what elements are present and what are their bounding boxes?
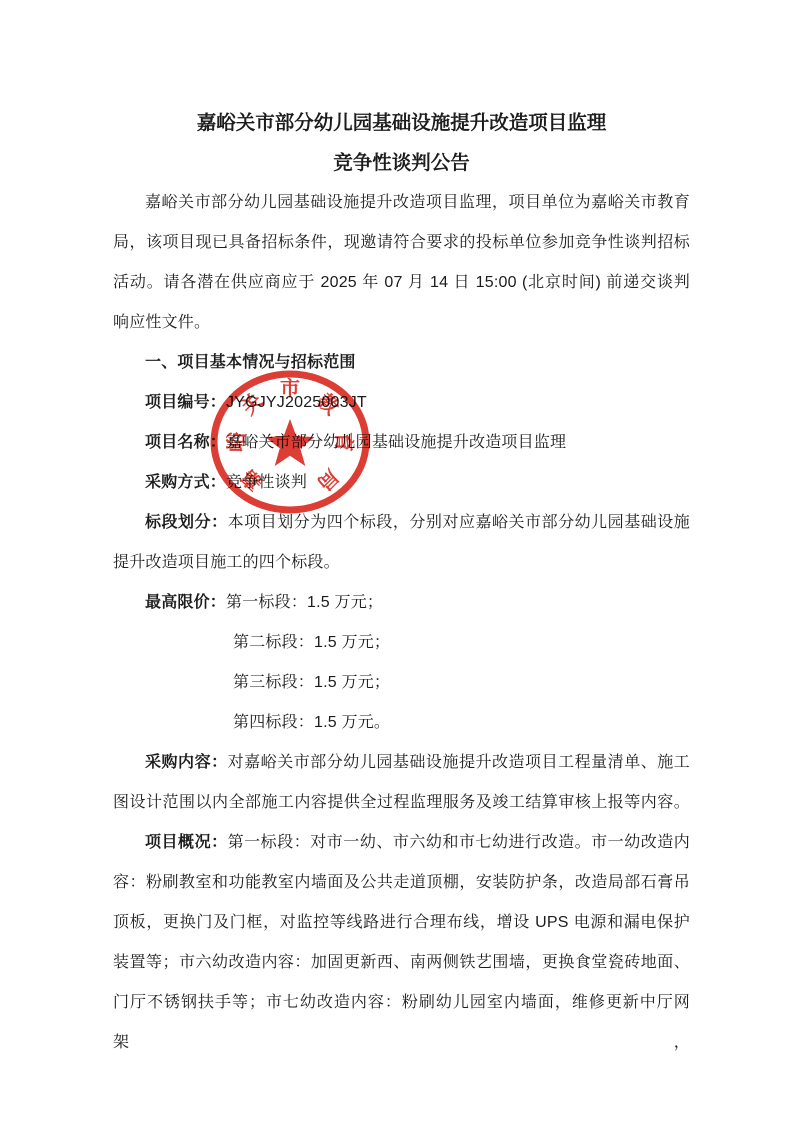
text-line: 嘉峪关市部分幼儿园基础设施提升改造项目监理，项目单位为嘉峪关市教育 (113, 183, 690, 223)
field-text: 装置等；市六幼改造内容：加固更新西、南两侧铁艺围墙，更换食堂瓷砖地面、 (113, 954, 690, 971)
text-line: 最高限价：第一标段：1.5 万元； (113, 583, 690, 623)
text-line: 项目编号：JYGJYJ2025003JT (113, 383, 690, 423)
field-label: 采购方式： (145, 474, 226, 491)
field-text: 嘉峪关市部分幼儿园基础设施提升改造项目监理，项目单位为嘉峪关市教育 (145, 194, 690, 211)
field-text: 图设计范围以内全部施工内容提供全过程监理服务及竣工结算审核上报等内容。 (113, 794, 690, 811)
text-line: 响应性文件。 (113, 303, 690, 343)
text-line: 提升改造项目施工的四个标段。 (113, 543, 690, 583)
field-label: 项目概况： (145, 834, 228, 851)
field-text: 活动。请各潜在供应商应于 2025 年 07 月 14 日 15:00 (北京时… (113, 274, 690, 291)
field-text: 门厅不锈钢扶手等；市七幼改造内容：粉刷幼儿园室内墙面，维修更新中厅网架， (113, 994, 690, 1051)
text-line: 标段划分：本项目划分为四个标段，分别对应嘉峪关市部分幼儿园基础设施 (113, 503, 690, 543)
text-line: 局，该项目现已具备招标条件，现邀请符合要求的投标单位参加竞争性谈判招标 (113, 223, 690, 263)
text-line: 门厅不锈钢扶手等；市七幼改造内容：粉刷幼儿园室内墙面，维修更新中厅网架， (113, 983, 690, 1023)
field-text: 顶板，更换门及门框，对监控等线路进行合理布线，增设 UPS 电源和漏电保护 (113, 914, 690, 931)
field-text: 提升改造项目施工的四个标段。 (113, 554, 340, 571)
field-text: 第一标段：1.5 万元； (226, 594, 383, 611)
text-line: 活动。请各潜在供应商应于 2025 年 07 月 14 日 15:00 (北京时… (113, 263, 690, 303)
field-text: 竞争性谈判 (226, 474, 307, 491)
document-page: 嘉峪关市部分幼儿园基础设施提升改造项目监理 竞争性谈判公告 嘉峪关市部分幼儿园基… (0, 0, 800, 1131)
field-label: 项目编号： (145, 394, 226, 411)
text-line: 采购方式：竞争性谈判 (113, 463, 690, 503)
field-text: 第一标段：对市一幼、市六幼和市七幼进行改造。市一幼改造内 (228, 834, 690, 851)
text-line: 第二标段：1.5 万元； (113, 623, 690, 663)
text-line: 容：粉刷教室和功能教室内墙面及公共走道顶棚，安装防护条，改造局部石膏吊 (113, 863, 690, 903)
text-line: 一、项目基本情况与招标范围 (113, 343, 690, 383)
field-text: 第二标段：1.5 万元； (233, 634, 390, 651)
document-body: 嘉峪关市部分幼儿园基础设施提升改造项目监理，项目单位为嘉峪关市教育局，该项目现已… (113, 183, 690, 1023)
field-text: 局，该项目现已具备招标条件，现邀请符合要求的投标单位参加竞争性谈判招标 (113, 234, 690, 251)
field-text: 响应性文件。 (113, 314, 210, 331)
field-text: 本项目划分为四个标段，分别对应嘉峪关市部分幼儿园基础设施 (228, 514, 690, 531)
text-line: 采购内容：对嘉峪关市部分幼儿园基础设施提升改造项目工程量清单、施工 (113, 743, 690, 783)
field-label: 一、项目基本情况与招标范围 (145, 354, 356, 371)
field-text: JYGJYJ2025003JT (226, 394, 367, 411)
text-line: 第三标段：1.5 万元； (113, 663, 690, 703)
field-text: 容：粉刷教室和功能教室内墙面及公共走道顶棚，安装防护条，改造局部石膏吊 (113, 874, 690, 891)
document-content: 嘉峪关市部分幼儿园基础设施提升改造项目监理 竞争性谈判公告 嘉峪关市部分幼儿园基… (113, 103, 690, 1023)
field-text: 第三标段：1.5 万元； (233, 674, 390, 691)
text-line: 项目概况：第一标段：对市一幼、市六幼和市七幼进行改造。市一幼改造内 (113, 823, 690, 863)
field-label: 标段划分： (145, 514, 228, 531)
text-line: 顶板，更换门及门框，对监控等线路进行合理布线，增设 UPS 电源和漏电保护 (113, 903, 690, 943)
text-line: 装置等；市六幼改造内容：加固更新西、南两侧铁艺围墙，更换食堂瓷砖地面、 (113, 943, 690, 983)
field-label: 项目名称： (145, 434, 226, 451)
text-line: 图设计范围以内全部施工内容提供全过程监理服务及竣工结算审核上报等内容。 (113, 783, 690, 823)
document-title: 嘉峪关市部分幼儿园基础设施提升改造项目监理 (113, 103, 690, 143)
field-text: 对嘉峪关市部分幼儿园基础设施提升改造项目工程量清单、施工 (228, 754, 690, 771)
text-line: 第四标段：1.5 万元。 (113, 703, 690, 743)
field-label: 最高限价： (145, 594, 226, 611)
document-subtitle: 竞争性谈判公告 (113, 143, 690, 183)
text-line: 项目名称：嘉峪关市部分幼儿园基础设施提升改造项目监理 (113, 423, 690, 463)
field-label: 采购内容： (145, 754, 228, 771)
field-text: 第四标段：1.5 万元。 (233, 714, 390, 731)
field-text: 嘉峪关市部分幼儿园基础设施提升改造项目监理 (226, 434, 566, 451)
